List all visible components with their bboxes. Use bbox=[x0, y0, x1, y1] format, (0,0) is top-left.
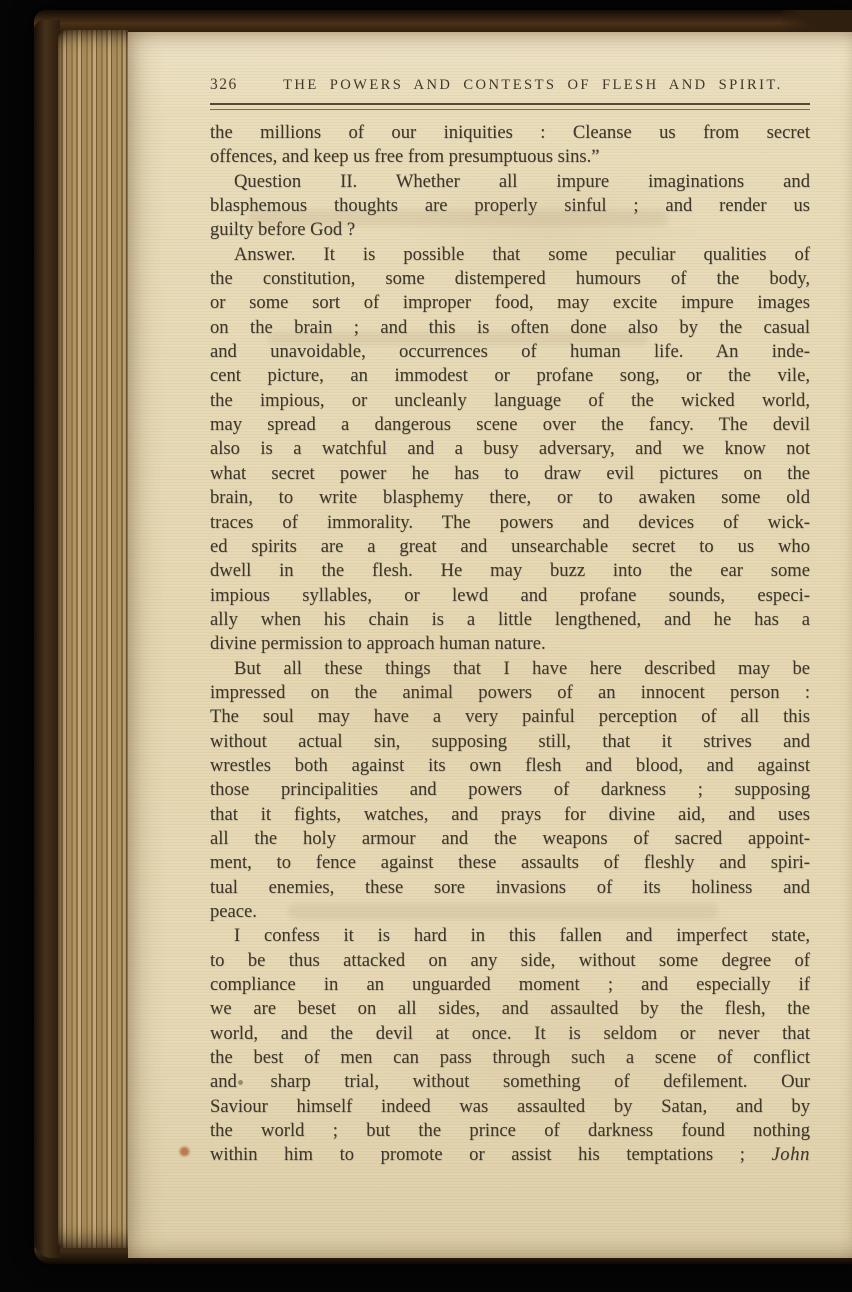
text-line: may spread a dangerous scene over the fa… bbox=[210, 413, 810, 437]
book: 326 THE POWERS AND CONTESTS OF FLESH AND… bbox=[34, 10, 852, 1264]
text-line: peace. bbox=[210, 900, 810, 924]
text-line: and sharp trial, without something of de… bbox=[210, 1070, 810, 1094]
text-line: But all these things that I have here de… bbox=[210, 657, 810, 681]
text-line: impious syllables, or lewd and profane s… bbox=[210, 584, 810, 608]
text-line: ment, to fence against these assaults of… bbox=[210, 851, 810, 875]
book-top-edge bbox=[34, 10, 852, 34]
text-line: guilty before God ? bbox=[210, 218, 810, 242]
text-line: without actual sin, supposing still, tha… bbox=[210, 730, 810, 754]
text-line: on the brain ; and this is often done al… bbox=[210, 316, 810, 340]
fox-stain bbox=[178, 1146, 191, 1157]
text-line: dwell in the flesh. He may buzz into the… bbox=[210, 559, 810, 583]
text-line: world, and the devil at once. It is seld… bbox=[210, 1022, 810, 1046]
text-line: Question II. Whether all impure imaginat… bbox=[210, 170, 810, 194]
paragraph: Question II. Whether all impure imaginat… bbox=[210, 170, 810, 243]
text-line: what secret power he has to draw evil pi… bbox=[210, 462, 810, 486]
text-line: we are beset on all sides, and assaulted… bbox=[210, 997, 810, 1021]
paragraph: Answer. It is possible that some peculia… bbox=[210, 243, 810, 657]
leather-cover-edge bbox=[34, 20, 60, 1258]
running-title: THE POWERS AND CONTESTS OF FLESH AND SPI… bbox=[238, 77, 810, 94]
text-line: traces of immorality. The powers and dev… bbox=[210, 511, 810, 535]
text-line: the millions of our iniquities : Cleanse… bbox=[210, 121, 810, 145]
text-line: and unavoidable, occurrences of human li… bbox=[210, 340, 810, 364]
text-line: within him to promote or assist his temp… bbox=[210, 1143, 810, 1167]
text-line: Saviour himself indeed was assaulted by … bbox=[210, 1095, 810, 1119]
text-line: compliance in an unguarded moment ; and … bbox=[210, 973, 810, 997]
photo-background: 326 THE POWERS AND CONTESTS OF FLESH AND… bbox=[0, 0, 852, 1292]
paragraph: But all these things that I have here de… bbox=[210, 657, 810, 925]
text-line: all the holy armour and the weapons of s… bbox=[210, 827, 810, 851]
text-line: The soul may have a very painful percept… bbox=[210, 705, 810, 729]
text-line: the best of men can pass through such a … bbox=[210, 1046, 810, 1070]
paragraph: I confess it is hard in this fallen and … bbox=[210, 924, 810, 1167]
page-content: 326 THE POWERS AND CONTESTS OF FLESH AND… bbox=[210, 76, 810, 1168]
text-line: the constitution, some distempered humou… bbox=[210, 267, 810, 291]
text-line: divine permission to approach human natu… bbox=[210, 632, 810, 656]
running-head: 326 THE POWERS AND CONTESTS OF FLESH AND… bbox=[210, 76, 810, 94]
text-line: or some sort of improper food, may excit… bbox=[210, 291, 810, 315]
text-line: to be thus attacked on any side, without… bbox=[210, 949, 810, 973]
text-line: that it fights, watches, and prays for d… bbox=[210, 803, 810, 827]
book-page: 326 THE POWERS AND CONTESTS OF FLESH AND… bbox=[128, 32, 852, 1258]
text-line: wrestles both against its own flesh and … bbox=[210, 754, 810, 778]
text-line: blasphemous thoughts are properly sinful… bbox=[210, 194, 810, 218]
text-line: offences, and keep us free from presumpt… bbox=[210, 145, 810, 169]
text-block: the millions of our iniquities : Cleanse… bbox=[210, 121, 810, 1168]
text-line: tual enemies, these sore invasions of it… bbox=[210, 876, 810, 900]
catchword: John bbox=[771, 1144, 810, 1165]
text-line: also is a watchful and a busy adversary,… bbox=[210, 437, 810, 461]
text-line: Answer. It is possible that some peculia… bbox=[210, 243, 810, 267]
text-line: those principalities and powers of darkn… bbox=[210, 778, 810, 802]
text-line: I confess it is hard in this fallen and … bbox=[210, 924, 810, 948]
text-line: ed spirits are a great and unsearchable … bbox=[210, 535, 810, 559]
paragraph: the millions of our iniquities : Cleanse… bbox=[210, 121, 810, 170]
text-line: cent picture, an immodest or profane son… bbox=[210, 364, 810, 388]
header-double-rule bbox=[210, 103, 810, 110]
text-line: ally when his chain is a little lengthen… bbox=[210, 608, 810, 632]
text-line: brain, to write blasphemy there, or to a… bbox=[210, 486, 810, 510]
text-line: the impious, or uncleanly language of th… bbox=[210, 389, 810, 413]
text-line: impressed on the animal powers of an inn… bbox=[210, 681, 810, 705]
page-number: 326 bbox=[210, 76, 238, 94]
text-line: the world ; but the prince of darkness f… bbox=[210, 1119, 810, 1143]
page-edges-stack bbox=[58, 30, 128, 1248]
